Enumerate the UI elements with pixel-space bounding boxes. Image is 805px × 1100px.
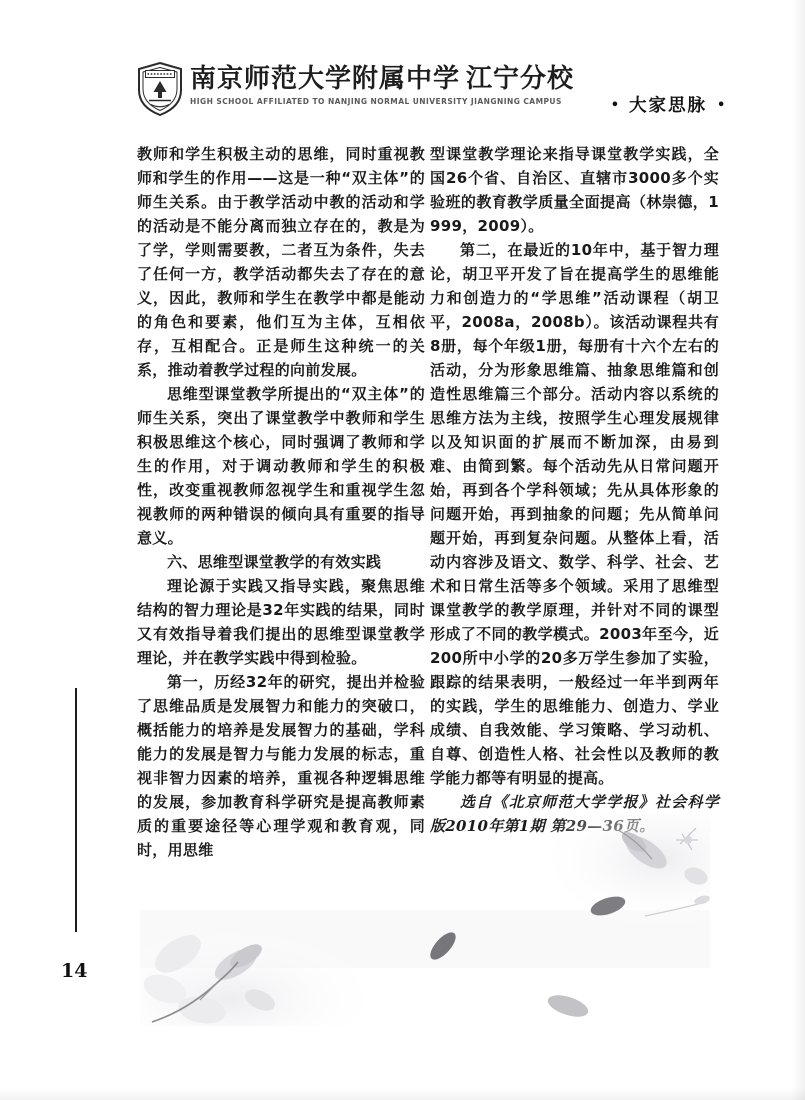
body-paragraph: 思维型课堂教学所提出的“双主体”的师生关系，突出了课堂教学中教师和学生积极思维这… [137,382,425,550]
school-name-en: HIGH SCHOOL AFFILIATED TO NANJING NORMAL… [190,97,570,106]
school-name-main: 南京师范大学附属中学 [190,64,460,94]
school-name-cn: 南京师范大学附属中学江宁分校 [190,64,570,94]
bullet-icon: • [611,98,619,113]
body-paragraph: 型课堂教学理论来指导课堂教学实践，全国26个省、自治区、直辖市3000多个实验班… [430,142,719,238]
bullet-icon: • [717,98,725,113]
scanned-document-page: 南京师范大学附属中学江宁分校 HIGH SCHOOL AFFILIATED TO… [0,0,805,1100]
section-heading: 六、思维型课堂教学的有效实践 [137,550,425,574]
school-crest-icon [138,62,182,116]
school-name-branch: 江宁分校 [466,64,574,94]
body-paragraph: 教师和学生积极主动的思维，同时重视教师和学生的作用——这是一种“双主体”的师生关… [137,142,425,382]
magnolia-floral-decoration [140,814,710,1026]
article-column-left: 教师和学生积极主动的思维，同时重视教师和学生的作用——这是一种“双主体”的师生关… [137,142,425,862]
vertical-margin-rule [75,688,77,932]
body-paragraph: 理论源于实践又指导实践，聚焦思维结构的智力理论是32年实践的结果，同时又有效指导… [137,574,425,670]
scan-edge-shadow-right [791,0,805,1100]
section-badge-label: 大家思脉 [629,96,707,116]
page-number: 14 [61,960,87,982]
section-badge: •大家思脉• [583,92,753,117]
school-name-block: 南京师范大学附属中学江宁分校 HIGH SCHOOL AFFILIATED TO… [190,64,570,106]
article-column-right: 型课堂教学理论来指导课堂教学实践，全国26个省、自治区、直辖市3000多个实验班… [430,142,719,838]
body-paragraph: 第二，在最近的10年中，基于智力理论，胡卫平开发了旨在提高学生的思维能力和创造力… [430,238,719,790]
scan-edge-shadow-bottom [0,1088,805,1100]
